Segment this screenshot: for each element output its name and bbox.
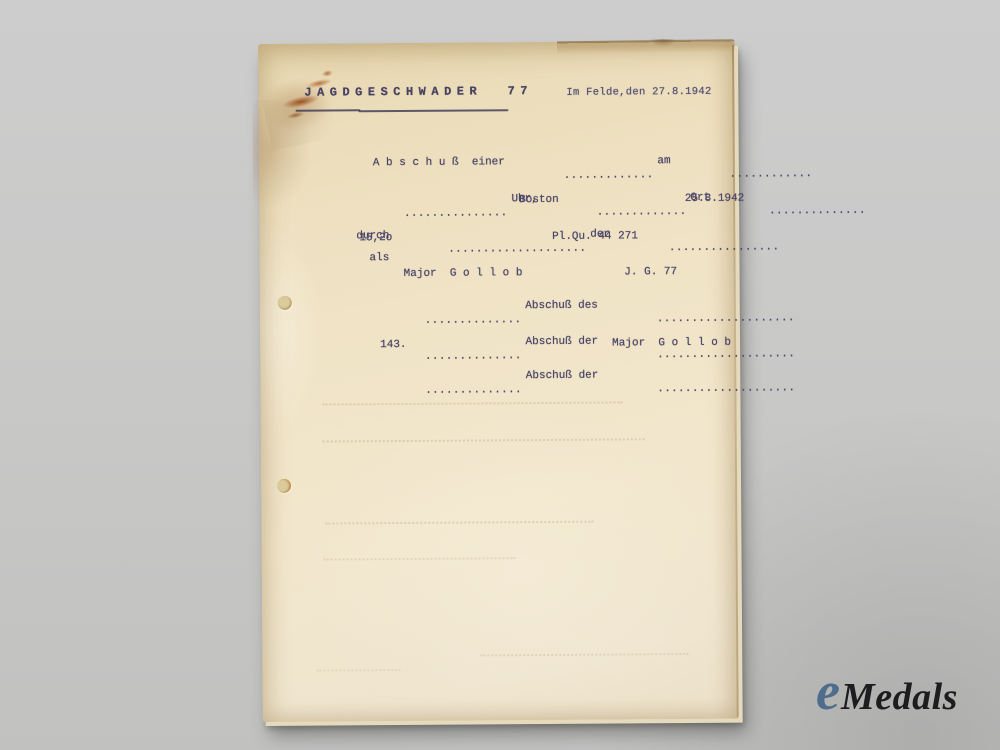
faint-impression xyxy=(324,557,516,560)
photo-background: JAGDGESCHWADER 77 Im Felde,den 27.8.1942… xyxy=(0,0,1000,750)
form-label: Abschuß des xyxy=(525,299,598,314)
dotted-line: .............. xyxy=(425,350,522,363)
logo-name: Medals xyxy=(841,670,958,724)
title-underline xyxy=(358,109,508,112)
dotted-line: .................... xyxy=(657,382,795,395)
dotted-line: .................... xyxy=(657,348,795,361)
fold-notch xyxy=(650,39,676,46)
form-label: als xyxy=(369,251,389,265)
dotted-line: ............... xyxy=(404,207,508,220)
emedals-logo: e Medals xyxy=(816,664,958,724)
form-fill: .................... xyxy=(604,367,795,410)
dotted-line: ............. xyxy=(564,169,654,182)
typed-value-pilot: Major G o l l o b xyxy=(404,266,523,281)
smudge-left-edge xyxy=(252,100,313,210)
dotted-line: ............ xyxy=(729,168,812,181)
form-line-als: als xyxy=(369,251,395,265)
faint-impression xyxy=(325,521,593,525)
form-label: Ort xyxy=(690,191,710,205)
dateline: Im Felde,den 27.8.1942 xyxy=(566,85,711,100)
faint-impression xyxy=(323,438,645,442)
form-label: Uhr, xyxy=(511,192,538,206)
document-paper: JAGDGESCHWADER 77 Im Felde,den 27.8.1942… xyxy=(258,41,739,722)
dotted-line: .............. xyxy=(769,205,866,218)
unit-title: JAGDGESCHWADER 77 xyxy=(304,84,533,100)
hole-punch-bottom xyxy=(277,479,291,493)
dotted-line: ............. xyxy=(597,206,687,219)
form-label: durch xyxy=(356,229,389,243)
form-fill: ................ J. G. 77 xyxy=(616,226,780,283)
faint-impression xyxy=(316,669,400,672)
dotted-line: ................ xyxy=(669,241,780,254)
dotted-line: .............. xyxy=(425,314,522,327)
form-fill: .................... Major G o l l o b xyxy=(395,228,586,285)
form-label: Abschuß der xyxy=(525,335,598,350)
form-label: Abschuß der xyxy=(526,369,599,384)
form-label: der xyxy=(590,228,610,242)
form-line-pilot-unit: durch .................... Major G o l l… xyxy=(356,226,779,285)
hole-punch-top xyxy=(278,296,292,310)
logo-e: e xyxy=(816,664,839,718)
form-line-blank: .............. Abschuß der .............… xyxy=(372,367,795,412)
typed-value-unit: J. G. 77 xyxy=(624,265,677,279)
faint-impression xyxy=(480,653,688,656)
fold-top-right xyxy=(557,39,735,54)
dotted-line: .................... xyxy=(657,312,795,325)
dotted-line: .................... xyxy=(448,243,586,256)
form-label: A b s c h u ß einer xyxy=(373,155,505,170)
dotted-line: .............. xyxy=(425,384,522,397)
form-label: am xyxy=(657,154,670,168)
form-fill: .............. xyxy=(372,369,522,412)
